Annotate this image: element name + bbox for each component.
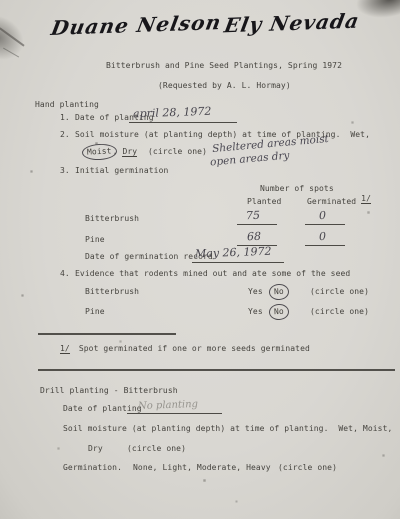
moist-option: Moist (87, 146, 112, 156)
form-subtitle: (Requested by A. L. Hormay) (158, 80, 291, 91)
footnote-reference-mark: 1/ (361, 194, 371, 204)
pine-germinated-blank (305, 245, 345, 246)
germination-record-value: May 26, 1972 (195, 245, 272, 261)
scan-scratch-2 (3, 48, 19, 58)
footnote-ref: 1/ (60, 344, 70, 354)
handwritten-name: Duane Nelson (49, 10, 223, 40)
rodent-pine-hint: (circle one) (310, 306, 369, 317)
table-row-pine-label: Pine (85, 234, 105, 245)
pine-germinated-value: 0 (319, 230, 326, 243)
item4-number: 4. (60, 268, 70, 279)
drill-soil-label: Soil moisture (at planting depth) at tim… (63, 423, 392, 434)
dry-option: Dry (122, 147, 137, 157)
pine-planted-value: 68 (247, 230, 261, 243)
handwritten-location: Ely Nevada (222, 9, 361, 38)
item1-handwritten-value: april 28, 1972 (133, 105, 212, 121)
drill-date-blank (127, 413, 222, 414)
item2-options: Moist, Dry (86, 146, 137, 157)
bitterbrush-planted-value: 75 (246, 209, 260, 222)
footnote-divider-rule (38, 333, 176, 335)
rodent-pine-no-circled: No (273, 306, 285, 317)
scanned-form-page: Duane Nelson Ely Nevada Bitterbrush and … (0, 0, 400, 519)
item4-label: Evidence that rodents mined out and ate … (75, 268, 350, 279)
no-option-1: No (274, 287, 284, 297)
germination-record-blank (192, 262, 284, 263)
table-row-bitterbrush-label: Bitterbrush (85, 213, 139, 224)
footnote-text: Spot germinated if one or more seeds ger… (79, 344, 310, 353)
drill-soil-dry-option: Dry (88, 443, 103, 454)
germination-record-label: Date of germination record (85, 251, 213, 262)
drill-soil-circle-hint: (circle one) (127, 443, 186, 454)
form-title: Bitterbrush and Pine Seed Plantings, Spr… (106, 60, 342, 71)
bitterbrush-planted-blank (237, 224, 277, 225)
scan-speckles (0, 0, 1, 1)
drill-germination-options: None, Light, Moderate, Heavy (133, 462, 271, 473)
drill-germination-hint: (circle one) (278, 462, 337, 473)
circled-no-2: No (269, 303, 290, 320)
hand-planting-heading: Hand planting (35, 99, 99, 110)
item2-circle-hint: (circle one) (148, 146, 207, 157)
bitterbrush-germinated-value: 0 (319, 209, 326, 222)
table-col-germinated: Germinated1/ (307, 196, 371, 207)
circled-no-1: No (269, 283, 290, 300)
rodent-bitterbrush-yes: Yes (248, 286, 263, 297)
item2-number: 2. (60, 129, 70, 140)
drill-date-handwritten-value: No planting (138, 399, 198, 412)
item3-number: 3. (60, 165, 70, 176)
circled-moist-option: Moist (82, 143, 117, 161)
bitterbrush-germinated-blank (305, 224, 345, 225)
footnote-line: 1/Spot germinated if one or more seeds g… (60, 343, 310, 354)
rodent-row-pine-label: Pine (85, 306, 105, 317)
rodent-bitterbrush-no-circled: No (273, 286, 285, 297)
item1-number: 1. (60, 112, 70, 123)
rodent-pine-yes: Yes (248, 306, 263, 317)
scan-smudge-top-left (0, 11, 34, 70)
rodent-bitterbrush-hint: (circle one) (310, 286, 369, 297)
no-option-2: No (274, 307, 284, 317)
germinated-label: Germinated (307, 197, 356, 206)
item3-label: Initial germination (75, 165, 168, 176)
table-col-planted: Planted (247, 196, 281, 207)
rodent-row-bitterbrush-label: Bitterbrush (85, 286, 139, 297)
section-divider-rule (38, 369, 395, 371)
scan-scratch-1 (0, 27, 25, 46)
drill-planting-heading: Drill planting - Bitterbrush (40, 385, 178, 396)
item1-blank-line (129, 122, 237, 123)
table-group-header: Number of spots (260, 183, 334, 194)
drill-germination-label: Germination. (63, 462, 122, 473)
